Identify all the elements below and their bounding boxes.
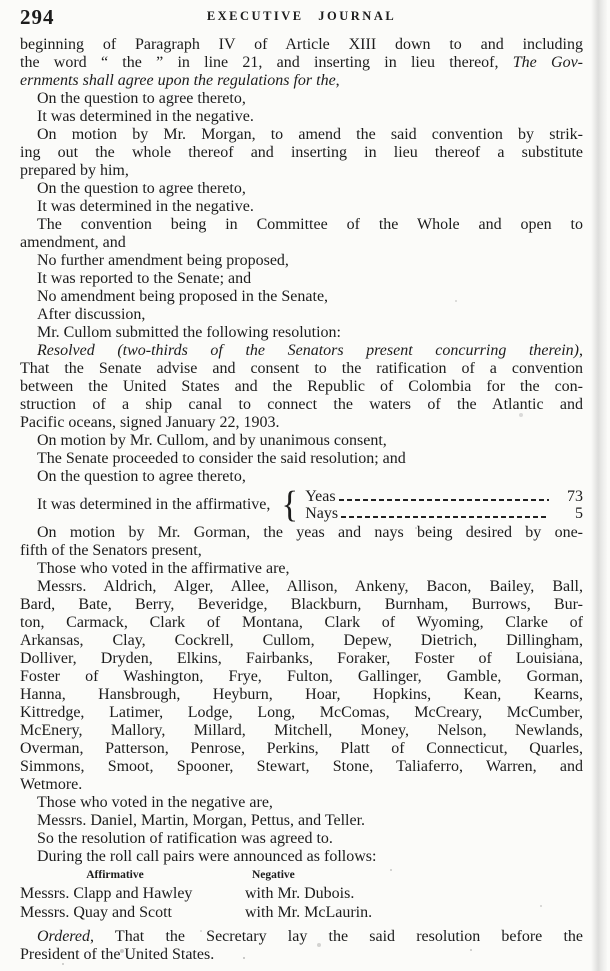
text-line: On the question to agree thereto,	[20, 90, 583, 108]
tally-intro-text: It was determined in the affirmative,	[37, 496, 270, 514]
text-line: ernments shall agree upon the regulation…	[20, 72, 583, 90]
pair-negative: with Mr. Dubois.	[245, 884, 583, 903]
text-line: Simmons, Smoot, Spooner, Stewart, Stone,…	[20, 758, 583, 776]
tally-rows: Yeas73Nays5	[305, 488, 583, 522]
text-line: It was determined in the negative.	[20, 198, 583, 216]
pairs-section: AffirmativeNegativeMessrs. Clapp and Haw…	[20, 868, 583, 922]
vote-tally: It was determined in the affirmative,{Ye…	[20, 486, 583, 524]
text-line: It was determined in the negative.	[20, 108, 583, 126]
text-line: McEnery, Mallory, Millard, Mitchell, Mon…	[20, 722, 583, 740]
text-line: ing out the whole thereof and inserting …	[20, 144, 583, 162]
tally-row: Nays5	[305, 505, 583, 522]
pair-row: Messrs. Clapp and Hawleywith Mr. Dubois.	[20, 884, 583, 903]
text-line: Messrs. Aldrich, Alger, Allee, Allison, …	[20, 578, 583, 596]
scan-noise	[0, 0, 2, 2]
text-line: On motion by Mr. Morgan, to amend the sa…	[20, 126, 583, 144]
tally-label: Yeas	[305, 488, 335, 505]
tally-value: 73	[557, 488, 583, 505]
text-line: After discussion,	[20, 306, 583, 324]
text-line: Pacific oceans, signed January 22, 1903.	[20, 414, 583, 432]
pair-affirmative: Messrs. Clapp and Hawley	[20, 884, 245, 903]
running-title: EXECUTIVE JOURNAL	[20, 9, 583, 24]
tally-value: 5	[557, 505, 583, 522]
text-line: On the question to agree thereto,	[20, 180, 583, 198]
text-line: Mr. Cullom submitted the following resol…	[20, 324, 583, 342]
text-line: The convention being in Committee of the…	[20, 216, 583, 234]
text-line: President of the United States.	[20, 946, 583, 964]
text-line: the word “ the ” in line 21, and inserti…	[20, 54, 583, 72]
pair-row: Messrs. Quay and Scottwith Mr. McLaurin.	[20, 903, 583, 922]
text-line: amendment, and	[20, 234, 583, 252]
document-body: beginning of Paragraph IV of Article XII…	[20, 36, 583, 964]
text-line: Kittredge, Latimer, Lodge, Long, McComas…	[20, 704, 583, 722]
text-line: It was reported to the Senate; and	[20, 270, 583, 288]
text-line: During the roll call pairs were announce…	[20, 848, 583, 866]
text-line: Ordered, That the Secretary lay the said…	[20, 928, 583, 946]
dashed-leader	[341, 516, 549, 518]
text-line: On the question to agree thereto,	[20, 468, 583, 486]
text-line: On motion by Mr. Gorman, the yeas and na…	[20, 524, 583, 542]
text-line: Those who voted in the affirmative are,	[20, 560, 583, 578]
page-header: 294 EXECUTIVE JOURNAL	[20, 5, 583, 27]
text-line: Hanna, Hansbrough, Heyburn, Hoar, Hopkin…	[20, 686, 583, 704]
dashed-leader	[339, 499, 549, 501]
text-line: Those who voted in the negative are,	[20, 794, 583, 812]
text-line: beginning of Paragraph IV of Article XII…	[20, 36, 583, 54]
scan-edge-shadow	[591, 0, 607, 971]
journal-page: 294 EXECUTIVE JOURNAL beginning of Parag…	[0, 0, 610, 971]
text-line: That the Senate advise and consent to th…	[20, 360, 583, 378]
text-line: Wetmore.	[20, 776, 583, 794]
pairs-header-affirmative: Affirmative	[20, 868, 210, 883]
text-line: No amendment being proposed in the Senat…	[20, 288, 583, 306]
text-line: prepared by him,	[20, 162, 583, 180]
pairs-header-row: AffirmativeNegative	[20, 868, 583, 883]
text-line: Bard, Bate, Berry, Beveridge, Blackburn,…	[20, 596, 583, 614]
text-line: between the United States and the Republ…	[20, 378, 583, 396]
text-line: Messrs. Daniel, Martin, Morgan, Pettus, …	[20, 812, 583, 830]
text-line: The Senate proceeded to consider the sai…	[20, 450, 583, 468]
text-line: Overman, Patterson, Penrose, Perkins, Pl…	[20, 740, 583, 758]
text-line: fifth of the Senators present,	[20, 542, 583, 560]
text-line: Foster of Washington, Frye, Fulton, Gall…	[20, 668, 583, 686]
tally-label: Nays	[305, 505, 338, 522]
pair-negative: with Mr. McLaurin.	[245, 903, 583, 922]
text-line: ton, Carmack, Clark of Montana, Clark of…	[20, 614, 583, 632]
text-line: So the resolution of ratification was ag…	[20, 830, 583, 848]
text-line: No further amendment being proposed,	[20, 252, 583, 270]
brace-icon: {	[281, 487, 298, 523]
text-line: Dolliver, Dryden, Elkins, Fairbanks, For…	[20, 650, 583, 668]
text-line: struction of a ship canal to connect the…	[20, 396, 583, 414]
pair-affirmative: Messrs. Quay and Scott	[20, 903, 245, 922]
pairs-header-negative: Negative	[210, 868, 583, 883]
text-line: On motion by Mr. Cullom, and by unanimou…	[20, 432, 583, 450]
text-line: Resolved (two-thirds of the Senators pre…	[20, 342, 583, 360]
tally-row: Yeas73	[305, 488, 583, 505]
text-line: Arkansas, Clay, Cockrell, Cullom, Depew,…	[20, 632, 583, 650]
